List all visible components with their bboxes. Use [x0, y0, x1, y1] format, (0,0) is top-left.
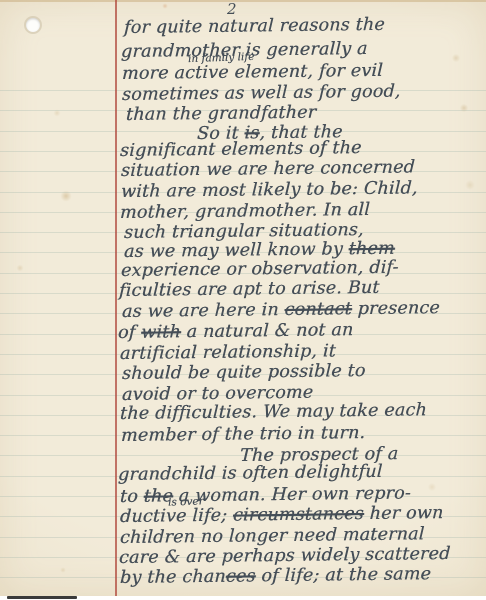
struck-word: circumstances — [233, 504, 365, 526]
interlinear-insertion: in family life — [188, 52, 255, 65]
handwriting-text: grandchild is often delightful — [118, 462, 383, 485]
handwriting-line: artificial relationship, it — [120, 341, 337, 364]
handwriting-text: by the chan — [120, 567, 227, 588]
margin-line — [115, 0, 117, 596]
handwriting-line: more active element, for evil — [122, 61, 384, 84]
page-bottom-edge-shadow — [7, 596, 77, 599]
handwriting-text: of — [118, 323, 142, 343]
handwriting-text: to — [120, 487, 145, 507]
handwriting-text: her own — [363, 503, 443, 524]
handwriting-text: for quite natural reasons the — [124, 15, 386, 38]
handwriting-line: ficulties are apt to arise. But — [119, 278, 380, 301]
handwriting-text: more active element, for evil — [122, 61, 384, 84]
handwriting-text: a natural & not an — [180, 320, 353, 342]
handwriting-line: with are most likely to be: Child, — [121, 178, 418, 202]
interlinear-insertion: is over — [168, 496, 204, 508]
handwriting-text: situation we are here concerned — [121, 157, 416, 181]
handwriting-line: than the grandfather — [126, 103, 317, 125]
handwriting-text: presence — [351, 298, 440, 319]
handwriting-text: the difficulties. We may take each — [120, 400, 428, 424]
page-number: 2 — [227, 0, 237, 18]
handwriting-text: of life; at the same — [255, 564, 431, 586]
handwriting-line: grandchild is often delightful — [118, 462, 383, 485]
handwriting-text: should be quite possible to — [122, 361, 366, 384]
handwriting-text: member of the trio in turn. — [121, 423, 366, 446]
handwriting-line: situation we are here concerned — [121, 157, 416, 181]
manuscript-page: 2 for quite natural reasons thegrandmoth… — [0, 0, 486, 596]
handwriting-text: with are most likely to be: Child, — [121, 178, 418, 202]
handwriting-text: ficulties are apt to arise. But — [119, 278, 380, 301]
handwriting-line: of with a natural & not an — [118, 320, 354, 343]
punch-hole — [26, 18, 40, 32]
handwriting-line: by the chances of life; at the same — [120, 564, 432, 588]
handwriting-text: artificial relationship, it — [120, 341, 337, 364]
handwriting-text: ductive life; — [120, 506, 234, 527]
handwriting-text: sometimes as well as for good, — [122, 82, 401, 105]
struck-word: contact — [284, 299, 352, 320]
struck-word: with — [141, 322, 181, 342]
handwriting-line: for quite natural reasons the — [124, 15, 386, 38]
struck-word: ces — [225, 566, 256, 586]
struck-word: them — [348, 239, 395, 260]
handwriting-line: sometimes as well as for good, — [122, 82, 401, 105]
handwriting-line: member of the trio in turn. — [121, 423, 366, 446]
handwriting-text: as we are here in — [122, 300, 285, 322]
handwriting-line: should be quite possible to — [122, 361, 366, 384]
handwriting-line: as we are here in contact presence — [122, 298, 441, 322]
handwriting-text: than the grandfather — [126, 103, 317, 125]
handwriting-line: the difficulties. We may take each — [120, 400, 428, 424]
